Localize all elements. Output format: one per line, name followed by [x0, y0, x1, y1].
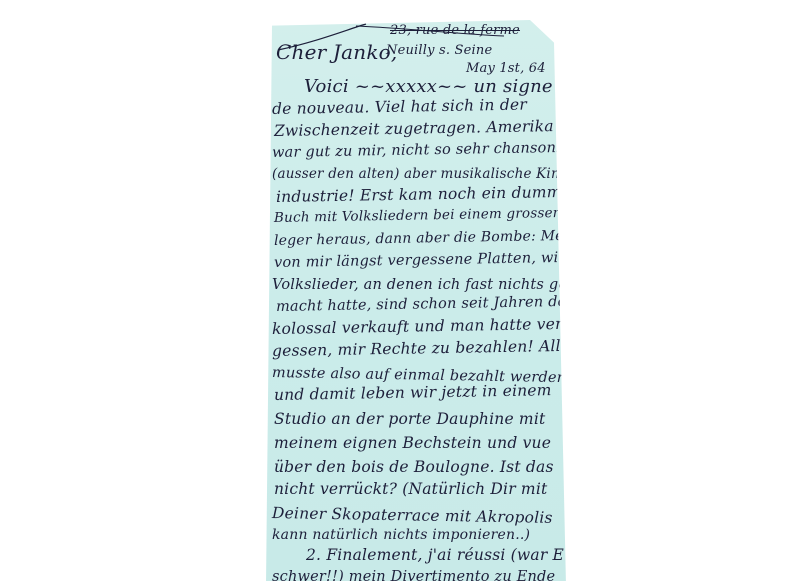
body-line: 2. Finalement, j'ai réussi (war E [306, 548, 564, 564]
body-line: industrie! Erst kam noch ein dummes [276, 185, 579, 206]
body-line: von mir längst vergessene Platten, wiede… [274, 250, 593, 270]
body-line: macht hatte, sind schon seit Jahren dort [276, 295, 580, 315]
body-line: meinem eignen Bechstein und vue [274, 436, 551, 452]
body-line: und damit leben wir jetzt in einem [274, 383, 552, 403]
body-line: über den bois de Boulogne. Ist das [274, 460, 554, 476]
letter-paper: 23, rue de la ferme Neuilly s. Seine Che… [266, 20, 566, 581]
body-line: leger heraus, dann aber die Bombe: Mehre… [274, 228, 604, 248]
body-line: kolossal verkauft und man hatte ver- [272, 317, 568, 338]
body-line: gessen, mir Rechte zu bezahlen! Alles [272, 339, 579, 360]
salutation: Cher Janko, [276, 42, 397, 62]
body-line: war gut zu mir, nicht so sehr chansons [272, 141, 564, 161]
body-line: nicht verrückt? (Natürlich Dir mit [274, 482, 547, 498]
body-line: Buch mit Volksliedern bei einem grossen … [274, 206, 595, 225]
body-line: Deiner Skopaterrace mit Akropolis [272, 506, 553, 526]
body-line: Zwischenzeit zugetragen. Amerika 63 [274, 119, 579, 140]
address-line-1: 23, rue de la ferme [390, 24, 520, 37]
body-line: kann natürlich nichts imponieren..) [272, 528, 530, 542]
body-line: Studio an der porte Dauphine mit [274, 412, 545, 428]
address-line-2: Neuilly s. Seine [386, 44, 492, 57]
body-line: Voici ~~xxxxx~~ un signe de vie [304, 78, 614, 96]
body-line: Volkslieder, an denen ich fast nichts ge… [272, 278, 572, 293]
body-line: de nouveau. Viel hat sich in der [272, 98, 527, 118]
body-line: (ausser den alten) aber musikalische Kin… [272, 168, 584, 182]
body-line: schwer!!) mein Divertimento zu Ende [272, 570, 555, 581]
letter-date: May 1st, 64 [466, 62, 546, 75]
